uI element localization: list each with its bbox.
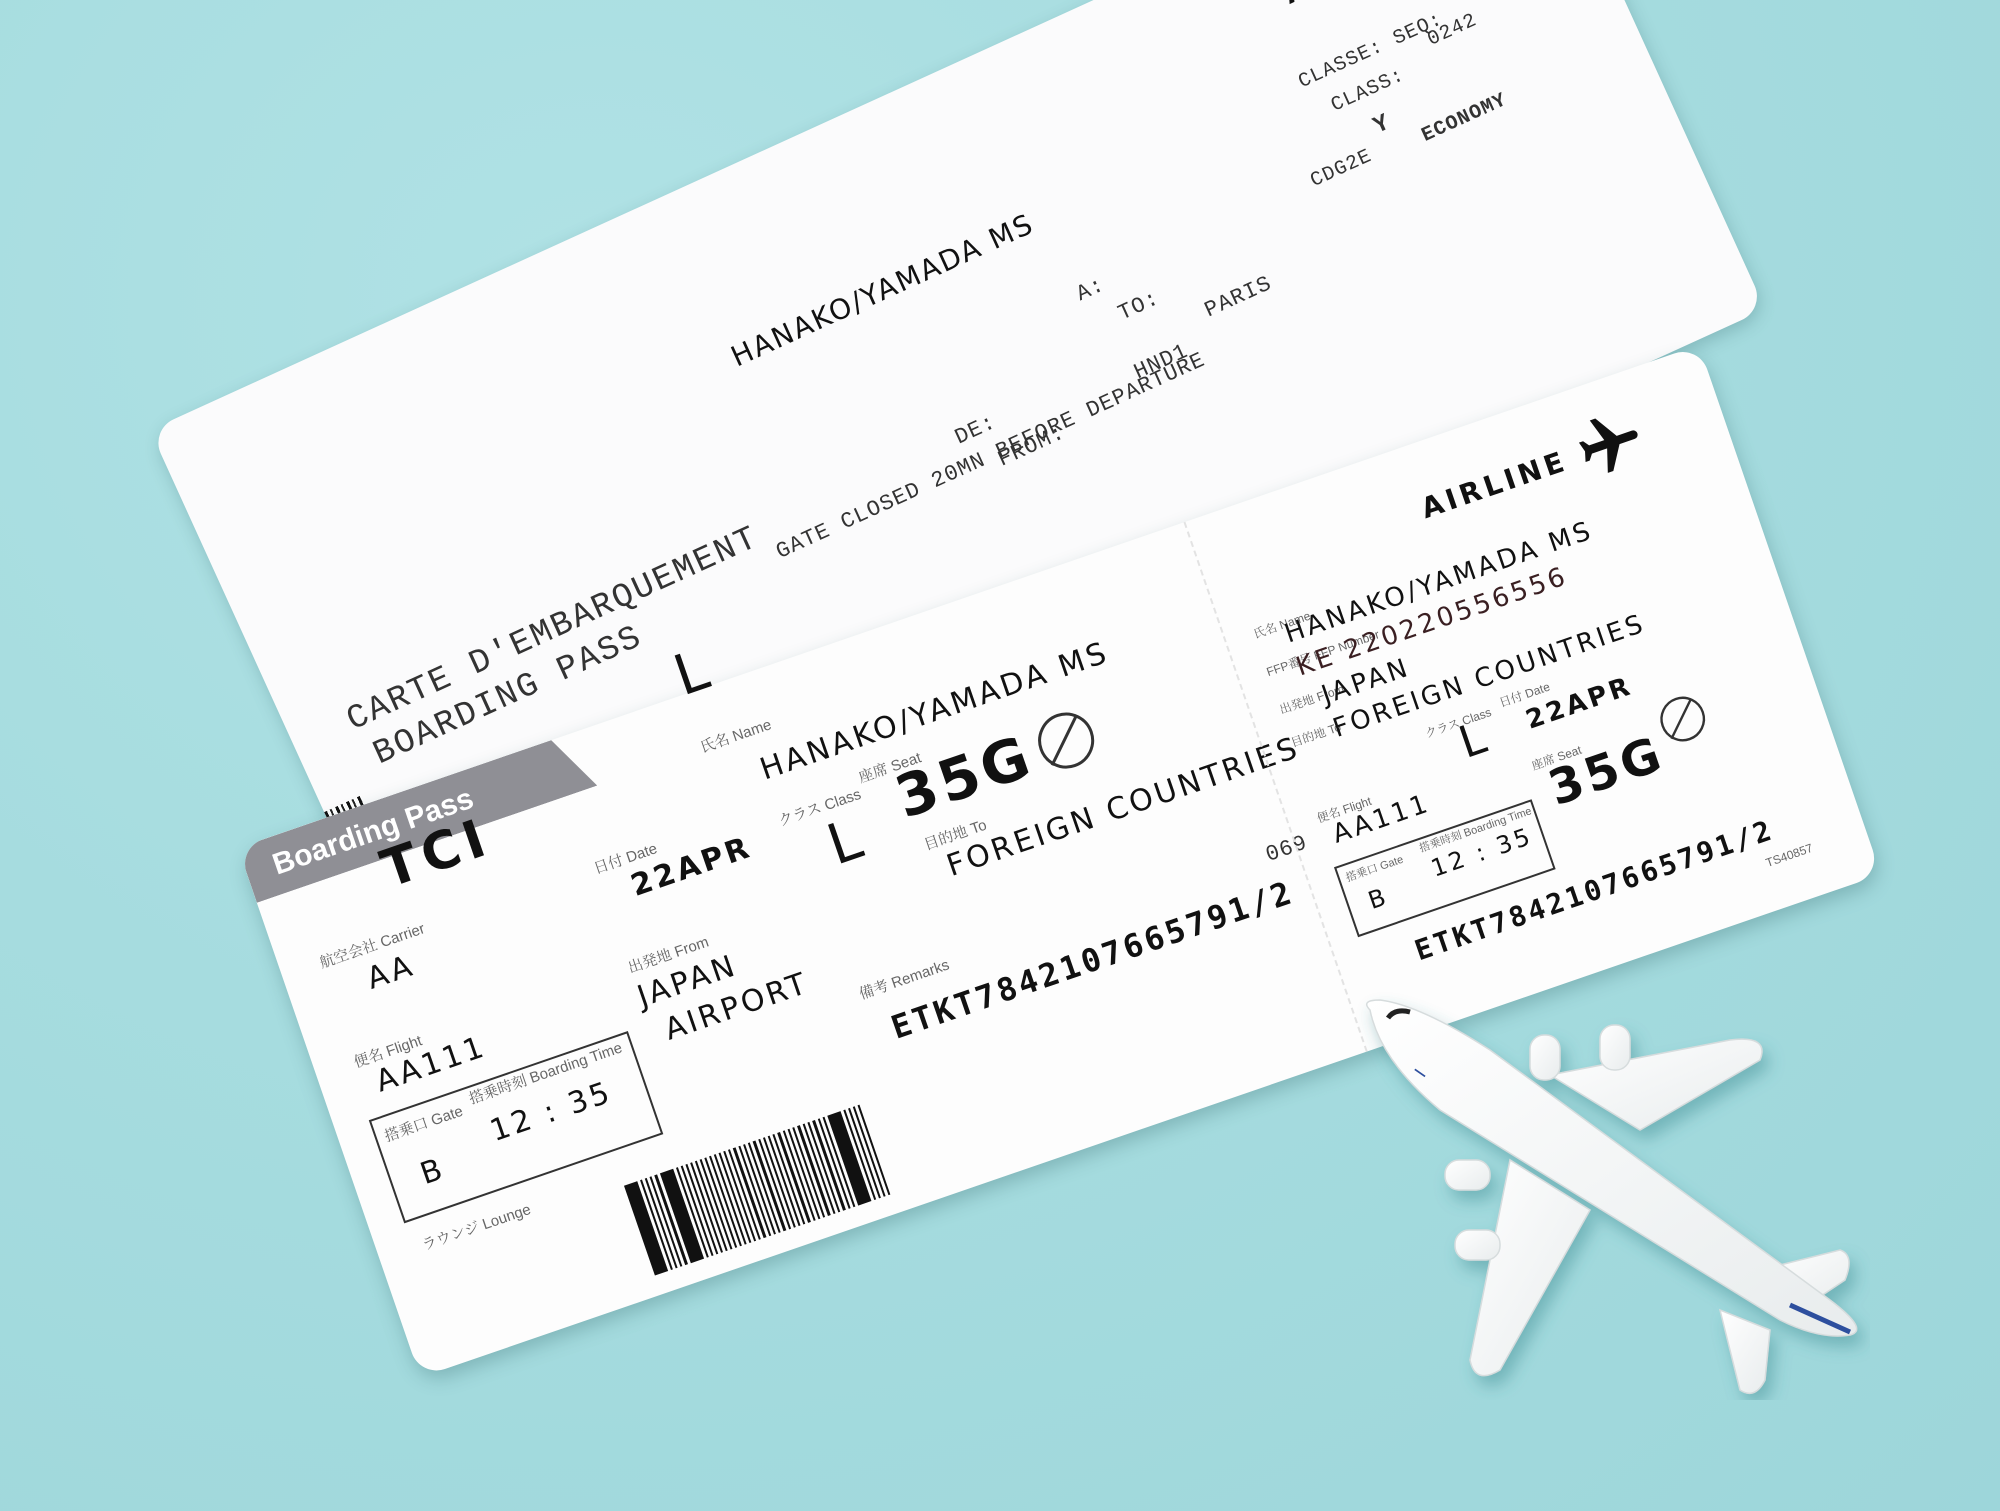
back-label-to: TO: (1114, 286, 1163, 326)
toy-airplane: — (1350, 980, 1870, 1400)
stub-seat-value: 35G (1542, 726, 1672, 817)
sequence-number: 069 (1263, 830, 1311, 868)
back-terminal: CDG2E (1307, 145, 1376, 193)
gate-label: 搭乗口 Gate (381, 1100, 465, 1146)
stub-airline-name: AIRLINE (1417, 444, 1572, 525)
airplane-icon (1566, 400, 1655, 489)
back-passenger-name: HANAKO/YAMADA MS (726, 207, 1039, 373)
remarks-value: ETKT7842107665791/2 (886, 873, 1298, 1047)
no-smoking-icon (1031, 705, 1103, 780)
back-to-value: PARIS (1201, 271, 1276, 323)
back-cabin: ECONOMY (1418, 89, 1510, 148)
front-barcode (624, 1088, 939, 1275)
stub-gate-value: B (1365, 882, 1393, 915)
gate-value: B (416, 1151, 450, 1192)
class-value: L (820, 807, 871, 879)
back-airline-name: AIRLINE (1279, 0, 1431, 10)
stub-gate-label: 搭乗口 Gate (1343, 851, 1405, 886)
back-class-value: Y (1370, 110, 1395, 141)
stub-no-smoking-icon (1654, 691, 1712, 751)
back-airline-logo: AIRLINE (1271, 0, 1515, 27)
back-label-a: A: (1073, 272, 1109, 307)
